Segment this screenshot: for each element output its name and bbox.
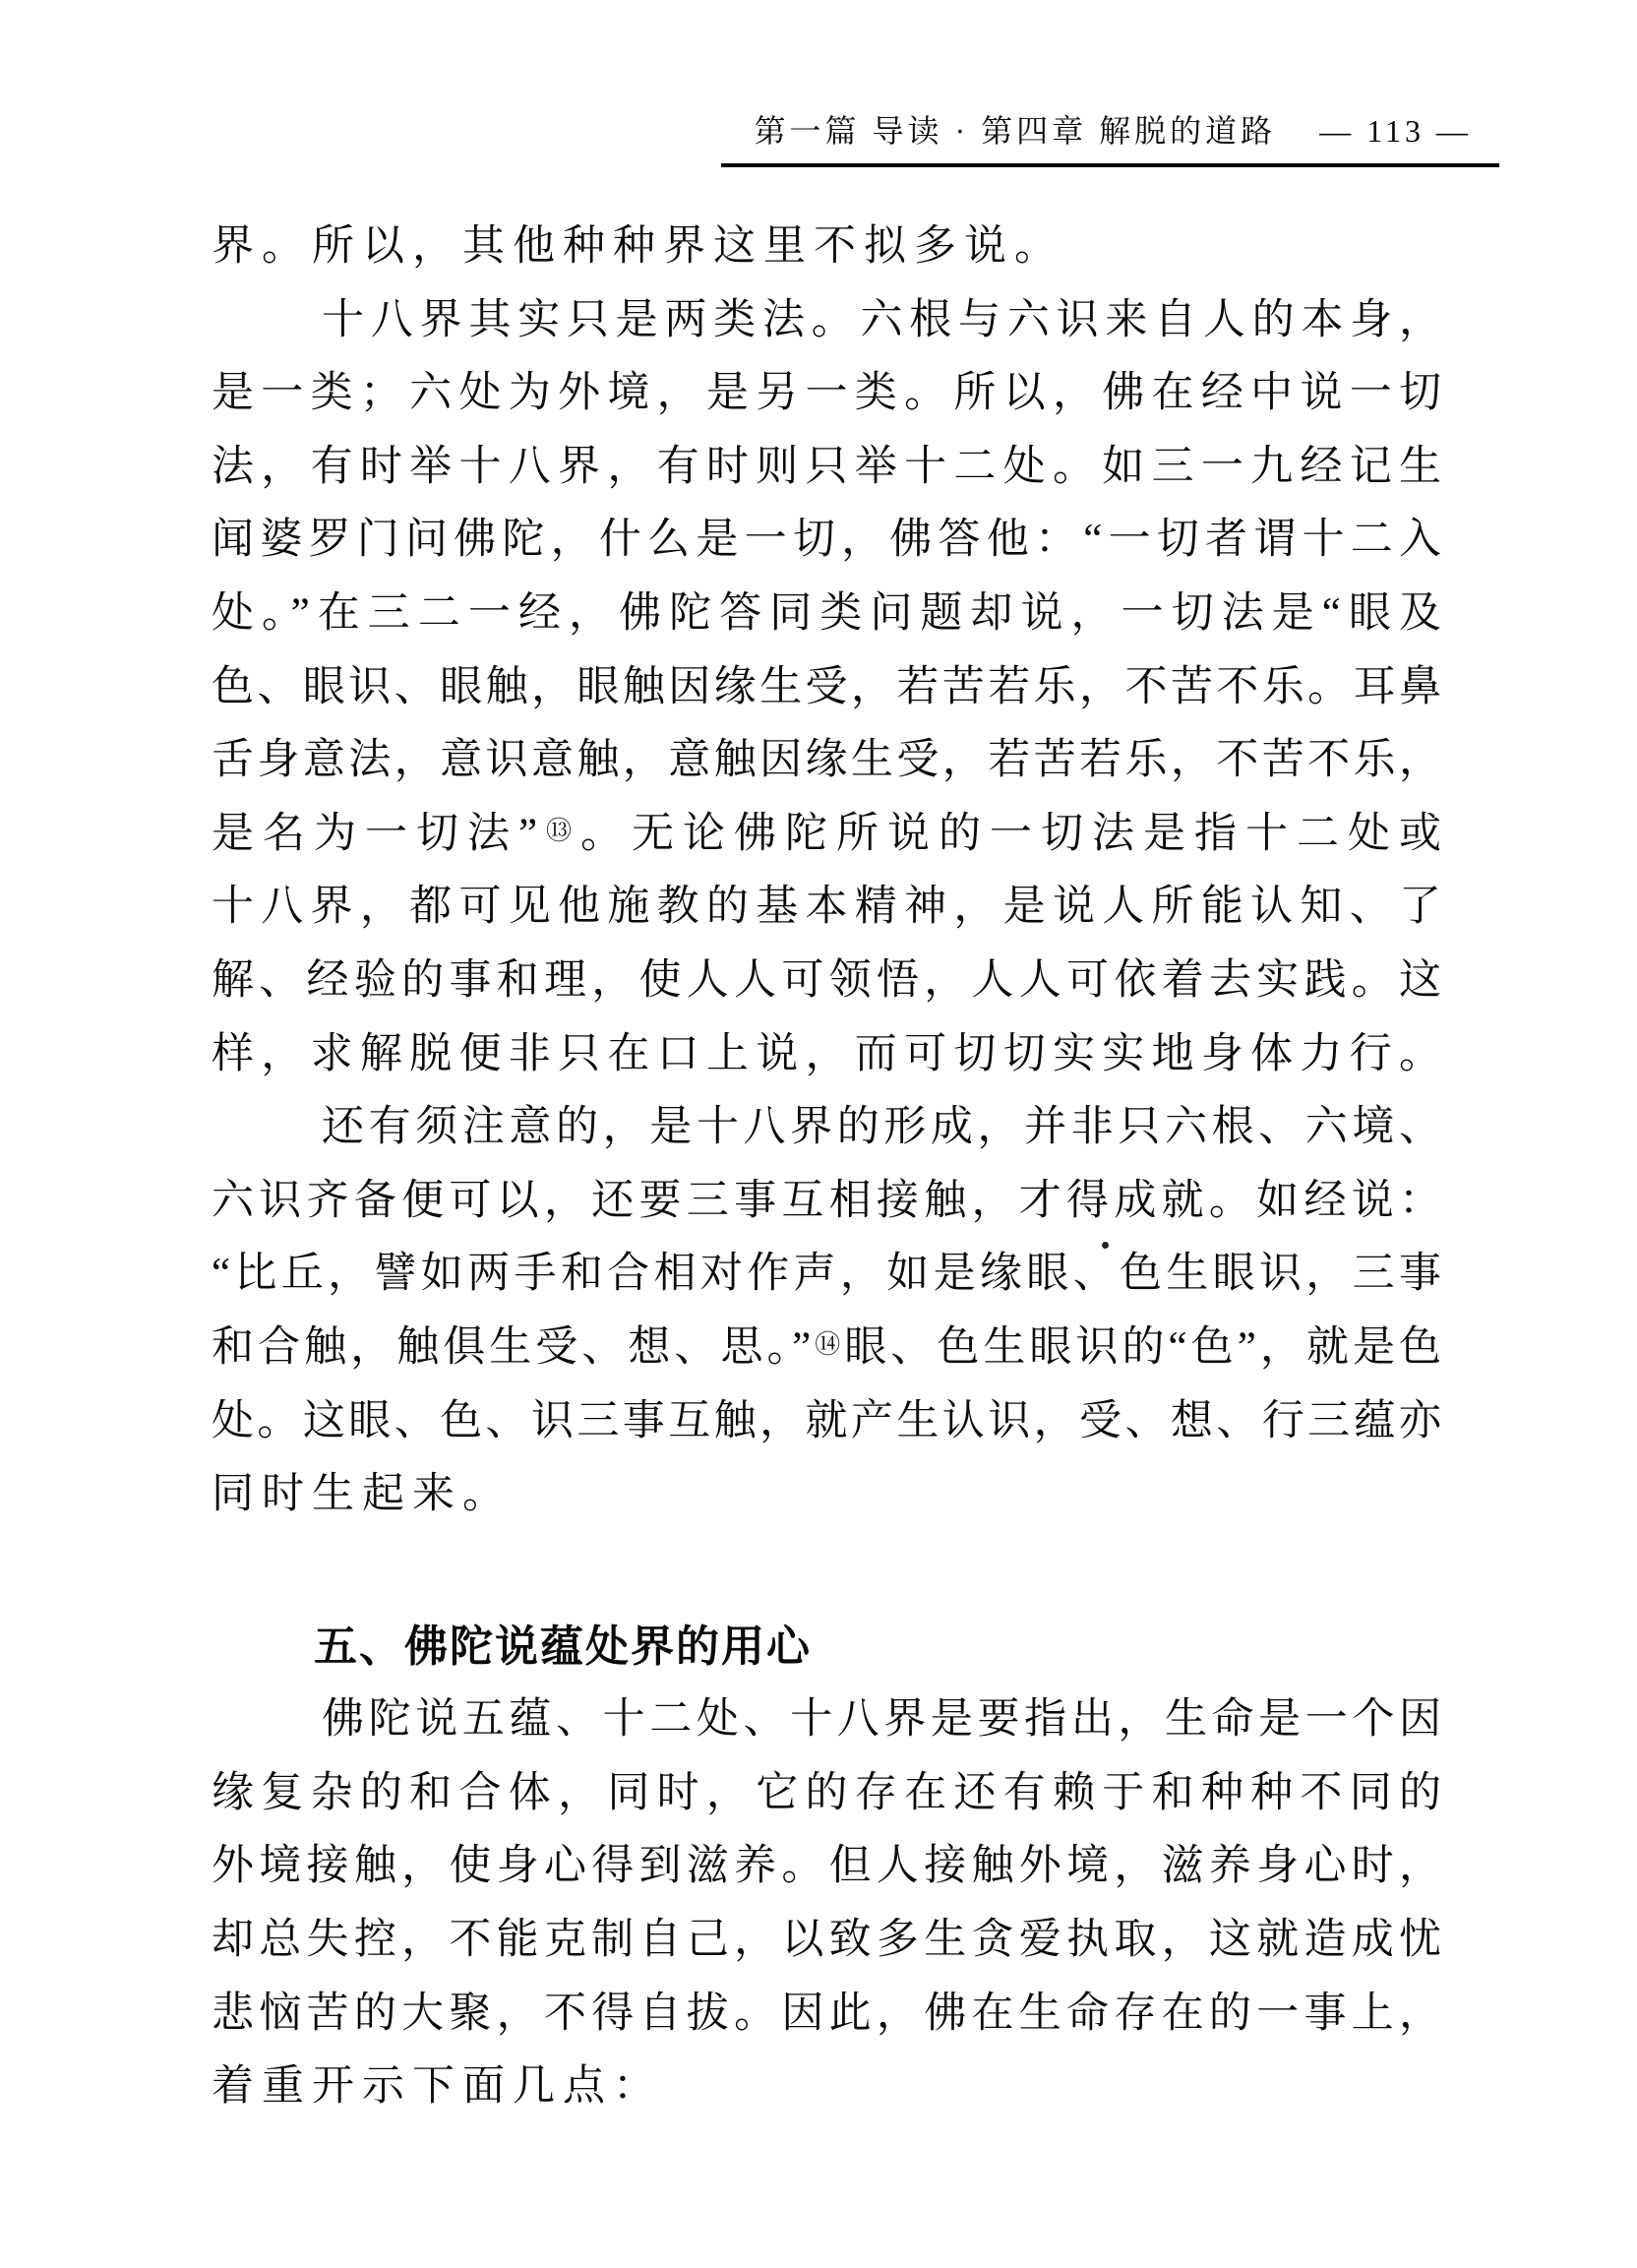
text-line: 是一类；六处为外境，是另一类。所以，佛在经中说一切 xyxy=(212,357,1441,431)
text-line: 处。这眼、色、识三事互触，就产生认识，受、想、行三蕴亦 xyxy=(212,1385,1441,1459)
text-line: 是名为一切法”⑬。无论佛陀所说的一切法是指十二处或 xyxy=(212,798,1441,872)
text-line: 同时生起来。 xyxy=(212,1458,1441,1532)
text-line: 六识齐备便可以，还要三事互相接触，才得成就。如经说： xyxy=(212,1165,1441,1239)
book-page: 第一篇 导读 · 第四章 解脱的道路 — 113 — 界。所以，其他种种界这里不… xyxy=(0,0,1637,2268)
text-line: 解、经验的事和理，使人人可领悟，人人可依着去实践。这 xyxy=(212,945,1441,1018)
text-line: “比丘，譬如两手和合相对作声，如是缘眼、色生眼识，三事 xyxy=(212,1238,1441,1312)
scan-speck xyxy=(1102,1242,1109,1249)
text-line: 外境接触，使身心得到滋养。但人接触外境，滋养身心时， xyxy=(212,1830,1441,1904)
text-line: 界。所以，其他种种界这里不拟多说。 xyxy=(212,211,1441,284)
text-line: 十八界其实只是两类法。六根与六识来自人的本身， xyxy=(212,284,1441,358)
text-line: 悲恼苦的大聚，不得自拔。因此，佛在生命存在的一事上， xyxy=(212,1978,1441,2052)
text-line: 舌身意法，意识意触，意触因缘生受，若苦若乐，不苦不乐， xyxy=(212,724,1441,798)
running-title: 第一篇 导读 · 第四章 解脱的道路 xyxy=(755,106,1277,152)
text-line: 还有须注意的，是十八界的形成，并非只六根、六境、 xyxy=(212,1091,1441,1165)
text-line: 缘复杂的和合体，同时，它的存在还有赖于和种种不同的 xyxy=(212,1757,1441,1831)
text-line: 法，有时举十八界，有时则只举十二处。如三一九经记生 xyxy=(212,431,1441,505)
page-number: — 113 — xyxy=(1319,113,1472,150)
text-line: 闻婆罗门问佛陀，什么是一切，佛答他：“一切者谓十二入 xyxy=(212,504,1441,578)
page-body: 界。所以，其他种种界这里不拟多说。 十八界其实只是两类法。六根与六识来自人的本身… xyxy=(212,211,1441,2124)
text-line: 样，求解脱便非只在口上说，而可切切实实地身体力行。 xyxy=(212,1018,1441,1092)
text-line: 佛陀说五蕴、十二处、十八界是要指出，生命是一个因 xyxy=(212,1684,1441,1757)
text-line: 处。”在三二一经，佛陀答同类问题却说，一切法是“眼及 xyxy=(212,578,1441,651)
text-line: 却总失控，不能克制自己，以致多生贪爱执取，这就造成忧 xyxy=(212,1904,1441,1978)
section-heading: 五、佛陀说蕴处界的用心 xyxy=(212,1611,1441,1685)
text-line: 色、眼识、眼触，眼触因缘生受，若苦若乐，不苦不乐。耳鼻 xyxy=(212,651,1441,725)
section-gap xyxy=(212,1532,1441,1611)
text-line: 和合触，触俱生受、想、思。”⑭眼、色生眼识的“色”，就是色 xyxy=(212,1312,1441,1385)
text-line: 着重开示下面几点： xyxy=(212,2051,1441,2124)
page-header: 第一篇 导读 · 第四章 解脱的道路 — 113 — xyxy=(721,106,1499,167)
text-line: 十八界，都可见他施教的基本精神，是说人所能认知、了 xyxy=(212,871,1441,945)
